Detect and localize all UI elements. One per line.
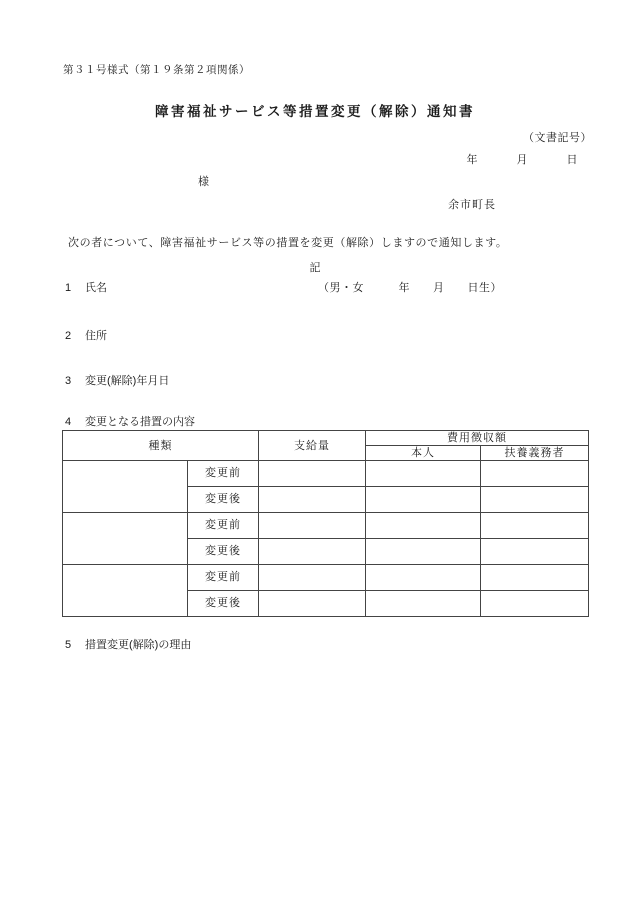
table-row: 変更前 bbox=[63, 513, 589, 539]
row-label-cell: 変更後 bbox=[188, 539, 259, 565]
item-3-label: 変更(解除)年月日 bbox=[85, 375, 169, 387]
table-header-amount: 支給量 bbox=[259, 431, 366, 461]
amount-cell bbox=[259, 539, 366, 565]
list-marker: 記 bbox=[0, 262, 630, 275]
amount-cell bbox=[259, 591, 366, 617]
fee-self-cell bbox=[366, 487, 481, 513]
fee-self-cell bbox=[366, 539, 481, 565]
notice-body-text: 次の者について、障害福祉サービス等の措置を変更（解除）しますので通知します。 bbox=[68, 237, 507, 250]
fee-supporter-cell bbox=[481, 591, 589, 617]
measures-table: 種類 支給量 費用徴収額 本人 扶養義務者 変更前 変更後 bbox=[62, 430, 589, 617]
amount-cell bbox=[259, 565, 366, 591]
form-number-line: 第３１号様式（第１９条第２項関係） bbox=[63, 65, 250, 78]
amount-cell bbox=[259, 461, 366, 487]
doc-code-label: （文書記号） bbox=[523, 132, 592, 145]
table-header-type: 種類 bbox=[63, 431, 259, 461]
gender-birthdate-field: （男・女 年 月 日生） bbox=[318, 282, 502, 295]
table-row: 変更前 bbox=[63, 565, 589, 591]
table-header-fee-self: 本人 bbox=[366, 446, 481, 461]
row-label-cell: 変更前 bbox=[188, 565, 259, 591]
row-label-cell: 変更前 bbox=[188, 513, 259, 539]
item-5-change-reason: 5措置変更(解除)の理由 bbox=[65, 639, 191, 652]
table-header-fee-total: 費用徴収額 bbox=[366, 431, 589, 446]
item-2-label: 住所 bbox=[85, 330, 107, 342]
amount-cell bbox=[259, 487, 366, 513]
item-2-address: 2住所 bbox=[65, 330, 107, 343]
item-3-change-date: 3変更(解除)年月日 bbox=[65, 375, 169, 388]
fee-self-cell bbox=[366, 513, 481, 539]
fee-supporter-cell bbox=[481, 513, 589, 539]
item-1-label: 氏名 bbox=[85, 282, 107, 294]
fee-self-cell bbox=[366, 461, 481, 487]
notice-document-page: 第３１号様式（第１９条第２項関係） 障害福祉サービス等措置変更（解除）通知書 （… bbox=[0, 0, 630, 903]
fee-self-cell bbox=[366, 591, 481, 617]
item-2-number: 2 bbox=[65, 330, 85, 343]
row-label-cell: 変更後 bbox=[188, 487, 259, 513]
fee-supporter-cell bbox=[481, 565, 589, 591]
type-cell bbox=[63, 513, 188, 565]
amount-cell bbox=[259, 513, 366, 539]
item-1-number: 1 bbox=[65, 282, 85, 295]
fee-supporter-cell bbox=[481, 487, 589, 513]
fee-self-cell bbox=[366, 565, 481, 591]
issuer-name: 余市町長 bbox=[448, 199, 496, 212]
item-5-number: 5 bbox=[65, 639, 85, 652]
item-4-number: 4 bbox=[65, 416, 85, 429]
item-4-label: 変更となる措置の内容 bbox=[85, 416, 195, 428]
type-cell bbox=[63, 565, 188, 617]
fee-supporter-cell bbox=[481, 539, 589, 565]
item-5-label: 措置変更(解除)の理由 bbox=[85, 639, 191, 651]
document-title: 障害福祉サービス等措置変更（解除）通知書 bbox=[0, 104, 630, 120]
item-1-name: 1氏名 bbox=[65, 282, 107, 295]
item-3-number: 3 bbox=[65, 375, 85, 388]
table-header-fee-supporter: 扶養義務者 bbox=[481, 446, 589, 461]
type-cell bbox=[63, 461, 188, 513]
item-4-measure-content: 4変更となる措置の内容 bbox=[65, 416, 195, 429]
addressee-suffix: 様 bbox=[198, 176, 209, 189]
table-row: 変更前 bbox=[63, 461, 589, 487]
fee-supporter-cell bbox=[481, 461, 589, 487]
row-label-cell: 変更前 bbox=[188, 461, 259, 487]
row-label-cell: 変更後 bbox=[188, 591, 259, 617]
date-line: 年 月 日 bbox=[467, 154, 580, 167]
